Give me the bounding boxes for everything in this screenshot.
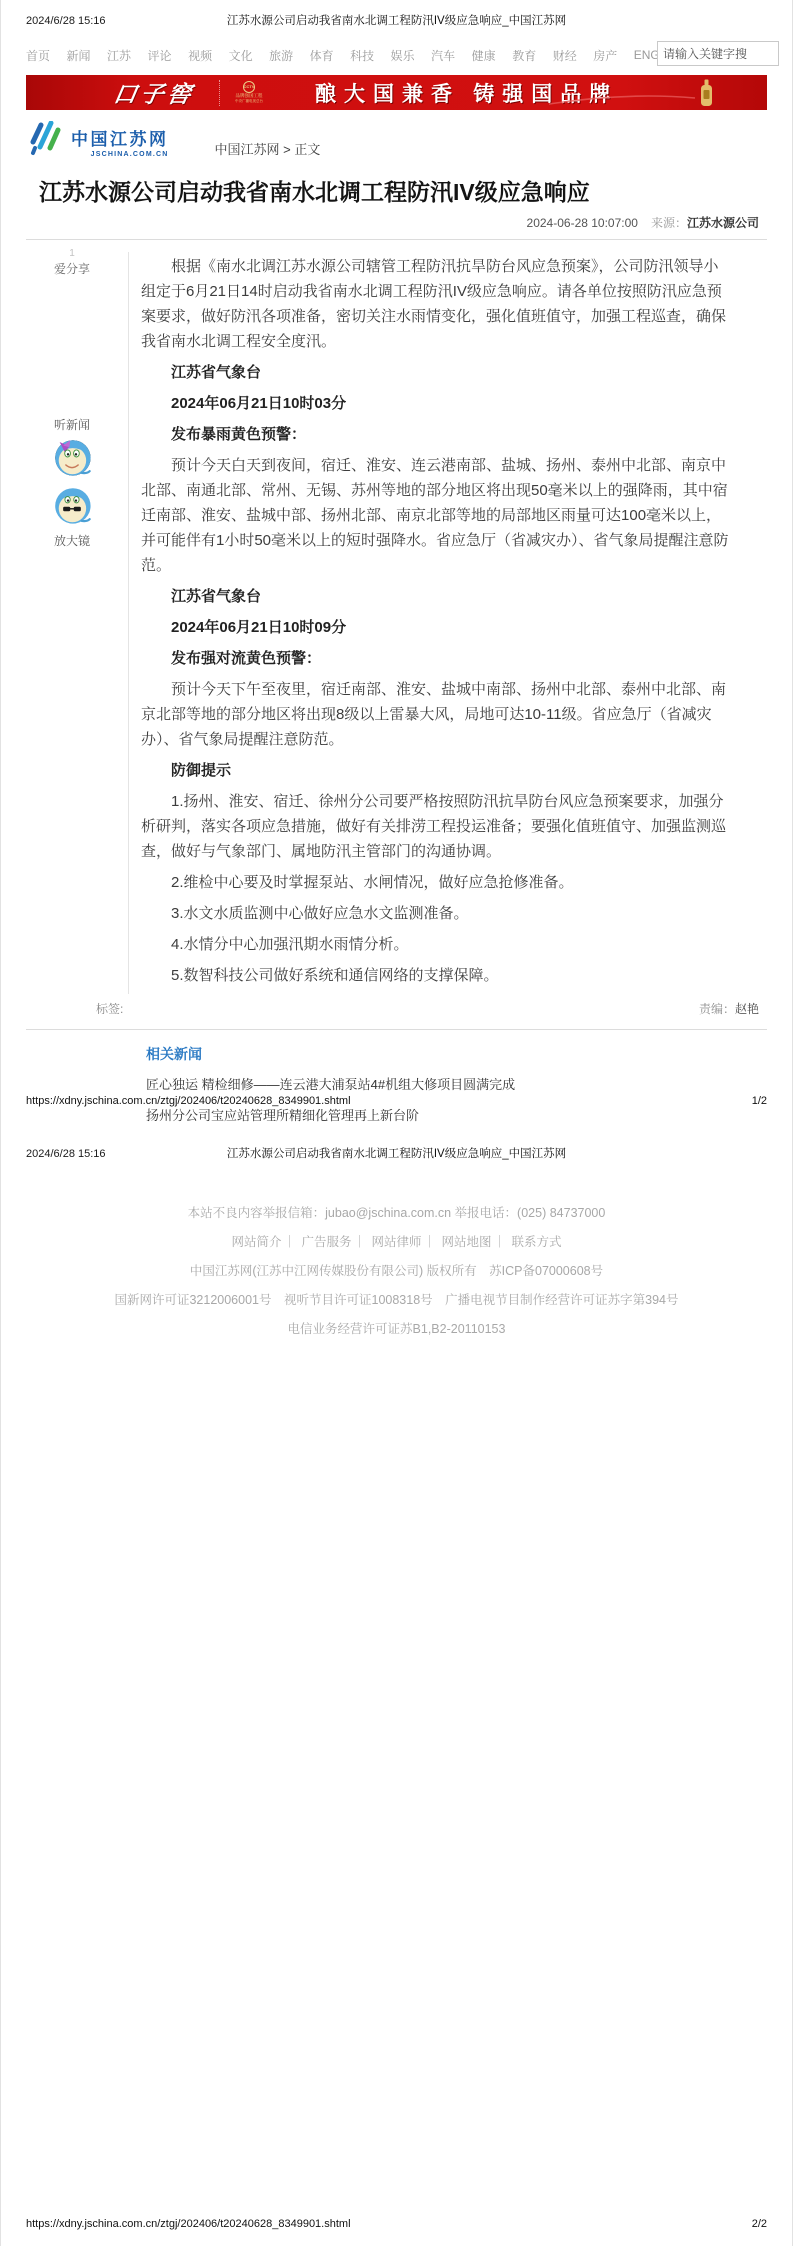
top-nav: 首页 新闻 江苏 评论 视频 文化 旅游 体育 科技 娱乐 汽车 健康 bbox=[26, 44, 767, 66]
article-main: 1 爱分享 听新闻 bbox=[1, 248, 792, 988]
ad-banner[interactable]: 口子窖 CCTV 品牌强国工程 中央广播电视总台 酿大国兼香 铸强国品牌 bbox=[26, 75, 767, 110]
footer-link[interactable]: 网站简介 bbox=[231, 1235, 281, 1249]
nav-item[interactable]: 房产 bbox=[593, 47, 617, 64]
search-input[interactable] bbox=[657, 41, 779, 66]
licenses: 国新网许可证3212006001号 视听节目许可证1008318号 广播电视节目… bbox=[1, 1286, 792, 1315]
footer-link-wrap: 网站简介｜ bbox=[231, 1235, 298, 1249]
footer-link-wrap: 网站律师｜ bbox=[371, 1235, 438, 1249]
share-count: 1 bbox=[26, 248, 118, 259]
article-paragraph: 预计今天白天到夜间，宿迁、淮安、连云港南部、盐城、扬州、泰州中北部、南京中北部、… bbox=[141, 453, 729, 578]
footer-links: 网站简介｜ 广告服务｜ 网站律师｜ 网站地图｜ 联系方式｜ bbox=[1, 1228, 792, 1257]
print-footer-page2: https://xdny.jschina.com.cn/ztgj/202406/… bbox=[26, 2218, 767, 2230]
footer-link[interactable]: 广告服务 bbox=[301, 1235, 351, 1249]
article-paragraph: 1.扬州、淮安、宿迁、徐州分公司要严格按照防汛抗旱防台风应急预案要求，加强分析研… bbox=[141, 789, 729, 864]
article-meta: 2024-06-28 10:07:00来源：江苏水源公司 bbox=[1, 214, 759, 231]
nav-item[interactable]: 首页 bbox=[26, 47, 50, 64]
report-info: 本站不良内容举报信箱：jubao@jschina.com.cn 举报电话：(02… bbox=[1, 1199, 792, 1228]
article-paragraph: 防御提示 bbox=[141, 758, 729, 783]
article-paragraph: 5.数智科技公司做好系统和通信网络的支撑保障。 bbox=[141, 963, 729, 988]
article-paragraph: 2.维检中心要及时掌握泵站、水闸情况，做好应急抢修准备。 bbox=[141, 870, 729, 895]
article-paragraph: 江苏省气象台 bbox=[141, 360, 729, 385]
print-preview-sheet: 2024/6/28 15:16 江苏水源公司启动我省南水北调工程防汛IV级应急响… bbox=[0, 0, 793, 2246]
magnifier-mascot-icon[interactable] bbox=[49, 482, 95, 533]
nav-item[interactable]: 健康 bbox=[472, 47, 496, 64]
page-2: 2024/6/28 15:16 江苏水源公司启动我省南水北调工程防汛IV级应急响… bbox=[1, 1123, 792, 2246]
nav-item[interactable]: 新闻 bbox=[67, 47, 91, 64]
print-header: 2024/6/28 15:16 江苏水源公司启动我省南水北调工程防汛IV级应急响… bbox=[1, 1123, 792, 1161]
print-doc-title: 江苏水源公司启动我省南水北调工程防汛IV级应急响应_中国江苏网 bbox=[156, 12, 637, 28]
nav-item[interactable]: 旅游 bbox=[269, 47, 293, 64]
breadcrumb[interactable]: 中国江苏网 > 正文 bbox=[215, 139, 321, 162]
nav-item[interactable]: 科技 bbox=[350, 47, 374, 64]
listen-news-label: 听新闻 bbox=[26, 416, 118, 433]
listen-news-mascot-icon[interactable] bbox=[49, 434, 95, 485]
site-footer: 本站不良内容举报信箱：jubao@jschina.com.cn 举报电话：(02… bbox=[1, 1199, 792, 1344]
share-button[interactable]: 爱分享 bbox=[26, 260, 118, 277]
tags-label: 标签: bbox=[96, 1000, 123, 1017]
liquor-bottle-icon bbox=[698, 79, 715, 107]
footer-link-separator: ｜ bbox=[351, 1235, 368, 1249]
article-paragraph: 根据《南水北调江苏水源公司辖管工程防汛抗旱防台风应急预案》，公司防汛领导小组定于… bbox=[141, 254, 729, 354]
article-paragraph: 预计今天下午至夜里，宿迁南部、淮安、盐城中南部、扬州中北部、泰州中北部、南京北部… bbox=[141, 677, 729, 752]
site-logo-icon[interactable] bbox=[26, 121, 66, 162]
nav-item[interactable]: 汽车 bbox=[431, 47, 455, 64]
nav-item[interactable]: 财经 bbox=[553, 47, 577, 64]
site-logo-text[interactable]: 中国江苏网 JSCHINA.COM.CN bbox=[71, 125, 169, 158]
ad-swoosh-decoration bbox=[547, 90, 697, 106]
footer-link-separator: ｜ bbox=[492, 1235, 509, 1249]
print-footer-page1: https://xdny.jschina.com.cn/ztgj/202406/… bbox=[26, 1095, 767, 1107]
editor-info: 责编：赵艳 bbox=[699, 1000, 759, 1017]
footer-link-wrap: 网站地图｜ bbox=[442, 1235, 509, 1249]
sidebar-divider bbox=[128, 252, 129, 994]
nav-item[interactable]: 视频 bbox=[188, 47, 212, 64]
page-1: 2024/6/28 15:16 江苏水源公司启动我省南水北调工程防汛IV级应急响… bbox=[1, 0, 792, 1123]
copyright: 中国江苏网(江苏中江网传媒股份有限公司) 版权所有 苏ICP备07000608号 bbox=[1, 1257, 792, 1286]
article-paragraph: 2024年06月21日10时09分 bbox=[141, 615, 729, 640]
page-number: 1/2 bbox=[752, 1095, 767, 1107]
article-paragraph: 3.水文水质监测中心做好应急水文监测准备。 bbox=[141, 901, 729, 926]
footer-link[interactable]: 网站律师 bbox=[371, 1235, 421, 1249]
cctv-badge-icon: CCTV 品牌强国工程 中央广播电视总台 bbox=[219, 80, 263, 106]
editor-label: 责编： bbox=[699, 1002, 735, 1016]
nav-item[interactable]: 评论 bbox=[148, 47, 172, 64]
nav-item[interactable]: 文化 bbox=[229, 47, 253, 64]
related-news-link[interactable]: 扬州分公司宝应站管理所精细化管理再上新台阶 bbox=[146, 1107, 759, 1123]
ad-brand-logo: 口子窖 bbox=[111, 76, 198, 109]
print-url: https://xdny.jschina.com.cn/ztgj/202406/… bbox=[26, 1095, 351, 1107]
related-news-title: 相关新闻 bbox=[146, 1044, 759, 1064]
footer-link[interactable]: 联系方式 bbox=[512, 1235, 562, 1249]
footer-link[interactable]: 网站地图 bbox=[442, 1235, 492, 1249]
tags-editor-row: 标签: 责编：赵艳 bbox=[96, 1000, 759, 1017]
article-paragraph: 发布强对流黄色预警： bbox=[141, 646, 729, 671]
print-timestamp: 2024/6/28 15:16 bbox=[26, 1148, 156, 1160]
related-news: 相关新闻 匠心独运 精检细修——连云港大浦泵站4#机组大修项目圆满完成 扬州分公… bbox=[146, 1044, 759, 1123]
article-title: 江苏水源公司启动我省南水北调工程防汛IV级应急响应 bbox=[39, 177, 762, 207]
site-name: 中国江苏网 bbox=[71, 125, 169, 150]
article-paragraph: 江苏省气象台 bbox=[141, 584, 729, 609]
related-news-link[interactable]: 匠心独运 精检细修——连云港大浦泵站4#机组大修项目圆满完成 bbox=[146, 1076, 759, 1095]
source-label: 来源： bbox=[651, 216, 687, 230]
site-header: 中国江苏网 JSCHINA.COM.CN 中国江苏网 > 正文 bbox=[26, 121, 767, 162]
footer-link-separator: ｜ bbox=[422, 1235, 439, 1249]
article-date: 2024-06-28 10:07:00 bbox=[527, 216, 638, 230]
magnifier-label: 放大镜 bbox=[26, 532, 118, 549]
nav-item[interactable]: 江苏 bbox=[107, 47, 131, 64]
article-body: 根据《南水北调江苏水源公司辖管工程防汛抗旱防台风应急预案》，公司防汛领导小组定于… bbox=[141, 254, 759, 988]
print-url: https://xdny.jschina.com.cn/ztgj/202406/… bbox=[26, 2218, 351, 2230]
editor-name: 赵艳 bbox=[735, 1002, 759, 1016]
nav-item[interactable]: 教育 bbox=[512, 47, 536, 64]
article-paragraph: 4.水情分中心加强汛期水雨情分析。 bbox=[141, 932, 729, 957]
footer-link-wrap: 广告服务｜ bbox=[301, 1235, 368, 1249]
nav-item[interactable]: 体育 bbox=[310, 47, 334, 64]
telecom-license: 电信业务经营许可证苏B1,B2-20110153 bbox=[1, 1315, 792, 1344]
share-sidebar: 1 爱分享 听新闻 bbox=[26, 248, 118, 277]
print-timestamp: 2024/6/28 15:16 bbox=[26, 15, 156, 27]
footer-link-separator: ｜ bbox=[281, 1235, 298, 1249]
print-header: 2024/6/28 15:16 江苏水源公司启动我省南水北调工程防汛IV级应急响… bbox=[1, 0, 792, 28]
print-doc-title: 江苏水源公司启动我省南水北调工程防汛IV级应急响应_中国江苏网 bbox=[156, 1145, 637, 1161]
source-name: 江苏水源公司 bbox=[687, 216, 759, 230]
nav-item[interactable]: 娱乐 bbox=[391, 47, 415, 64]
footer-link-wrap: 联系方式｜ bbox=[512, 1235, 562, 1249]
site-domain: JSCHINA.COM.CN bbox=[71, 151, 169, 158]
article-paragraph: 发布暴雨黄色预警： bbox=[141, 422, 729, 447]
page-number: 2/2 bbox=[752, 2218, 767, 2230]
divider bbox=[26, 239, 767, 240]
divider bbox=[26, 1029, 767, 1030]
article-paragraph: 2024年06月21日10时03分 bbox=[141, 391, 729, 416]
